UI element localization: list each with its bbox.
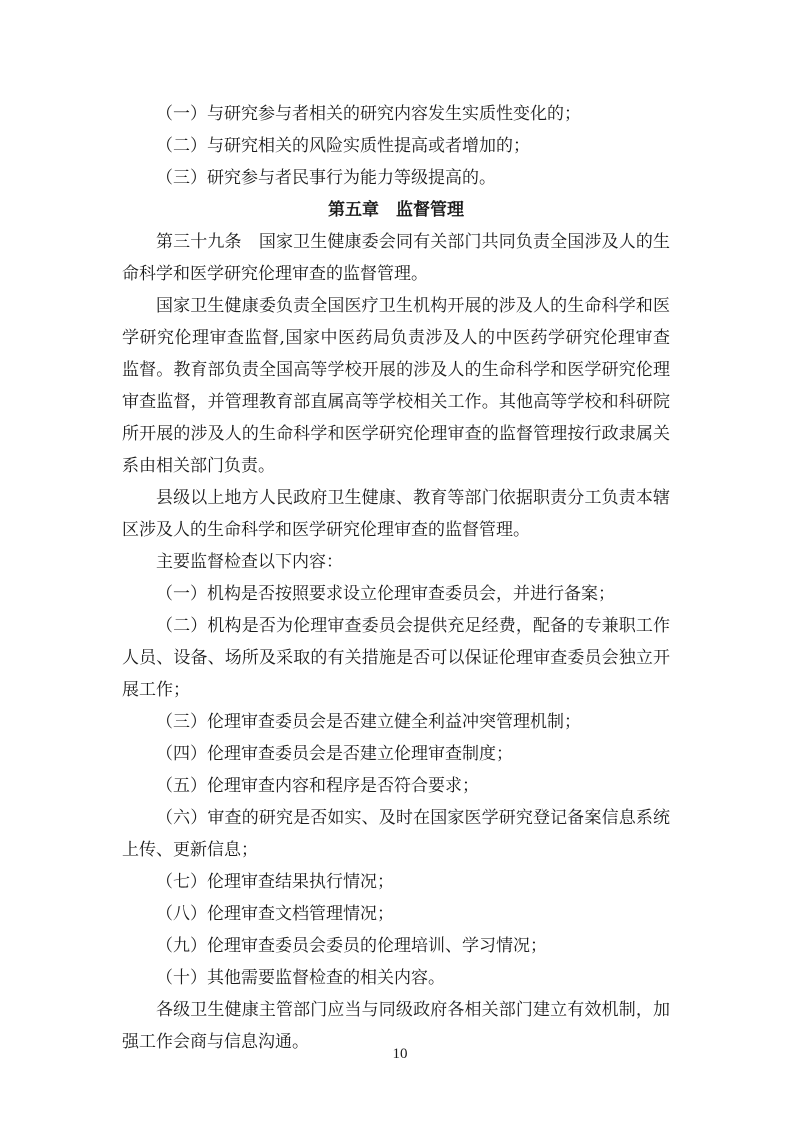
inspection-item: （四）伦理审查委员会是否建立伦理审查制度； xyxy=(122,738,670,770)
article-label: 第三十九条 xyxy=(156,232,242,252)
list-item: （二）与研究相关的风险实质性提高或者增加的； xyxy=(122,130,670,162)
inspection-item: （九）伦理审查委员会委员的伦理培训、学习情况； xyxy=(122,930,670,962)
document-page: （一）与研究参与者相关的研究内容发生实质性变化的； （二）与研究相关的风险实质性… xyxy=(122,98,670,1058)
article-39: 第三十九条国家卫生健康委会同有关部门共同负责全国涉及人的生命科学和医学研究伦理审… xyxy=(122,226,670,290)
inspection-item: （一）机构是否按照要求设立伦理审查委员会，并进行备案； xyxy=(122,578,670,610)
inspection-item: （八）伦理审查文档管理情况； xyxy=(122,898,670,930)
chapter-number: 第五章 xyxy=(328,200,379,220)
paragraph: 主要监督检查以下内容： xyxy=(122,546,670,578)
inspection-item: （六）审查的研究是否如实、及时在国家医学研究登记备案信息系统上传、更新信息； xyxy=(122,802,670,866)
inspection-item: （五）伦理审查内容和程序是否符合要求； xyxy=(122,770,670,802)
inspection-item: （二）机构是否为伦理审查委员会提供充足经费，配备的专兼职工作人员、设备、场所及采… xyxy=(122,610,670,706)
list-item: （一）与研究参与者相关的研究内容发生实质性变化的； xyxy=(122,98,670,130)
inspection-item: （七）伦理审查结果执行情况； xyxy=(122,866,670,898)
chapter-heading: 第五章监督管理 xyxy=(122,194,670,226)
page-number: 10 xyxy=(0,1046,800,1063)
inspection-item: （三）伦理审查委员会是否建立健全利益冲突管理机制； xyxy=(122,706,670,738)
paragraph: 县级以上地方人民政府卫生健康、教育等部门依据职责分工负责本辖区涉及人的生命科学和… xyxy=(122,482,670,546)
paragraph: 国家卫生健康委负责全国医疗卫生机构开展的涉及人的生命科学和医学研究伦理审查监督,… xyxy=(122,290,670,482)
list-item: （三）研究参与者民事行为能力等级提高的。 xyxy=(122,162,670,194)
chapter-title: 监督管理 xyxy=(396,200,464,220)
inspection-item: （十）其他需要监督检查的相关内容。 xyxy=(122,962,670,994)
